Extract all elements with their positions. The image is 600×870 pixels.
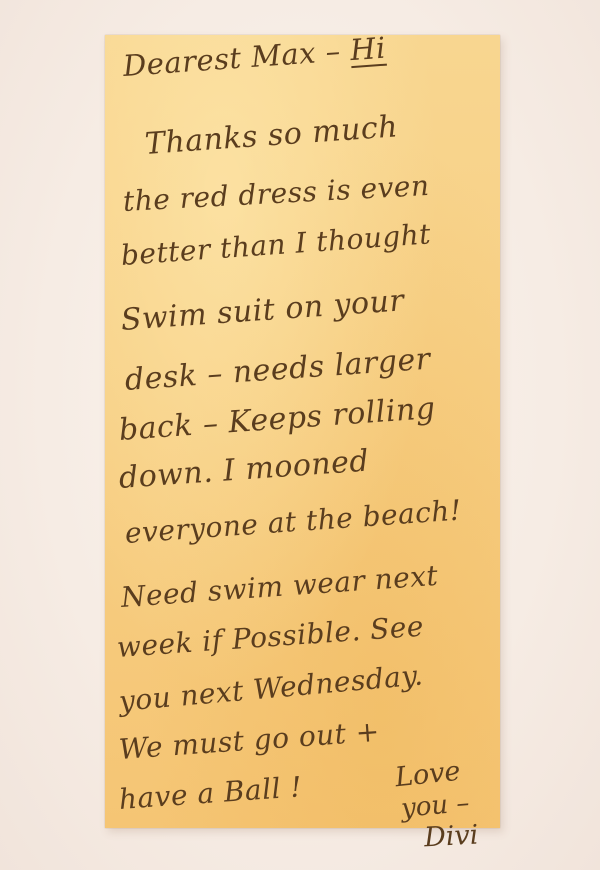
note-line-9: Need swim wear next <box>120 559 439 614</box>
note-line-6: back – Keeps rolling <box>118 391 437 448</box>
note-line-5: desk – needs larger <box>124 342 432 398</box>
closing-love: Love <box>394 756 462 794</box>
note-line-1: Thanks so much <box>144 109 399 162</box>
note-line-8: everyone at the beach! <box>124 494 463 550</box>
note-line-3: better than I thought <box>120 217 432 272</box>
note-line-2: the red dress is even <box>122 169 430 218</box>
handwritten-note-paper: Dearest Max – Hi Thanks so much the red … <box>105 35 500 828</box>
greeting-text: Dearest Max – <box>122 34 342 83</box>
closing-you: you – <box>400 788 471 824</box>
greeting-line: Dearest Max – Hi <box>122 31 387 83</box>
note-line-13: have a Ball ! <box>118 770 303 816</box>
greeting-hi: Hi <box>349 31 387 67</box>
note-line-10: week if Possible. See <box>116 610 425 664</box>
signature: Divi <box>423 820 479 854</box>
note-line-4: Swim suit on your <box>120 283 406 338</box>
note-line-12: We must go out + <box>118 715 381 766</box>
note-line-7: down. I mooned <box>118 444 370 496</box>
note-line-11: you next Wednesday. <box>118 658 425 717</box>
